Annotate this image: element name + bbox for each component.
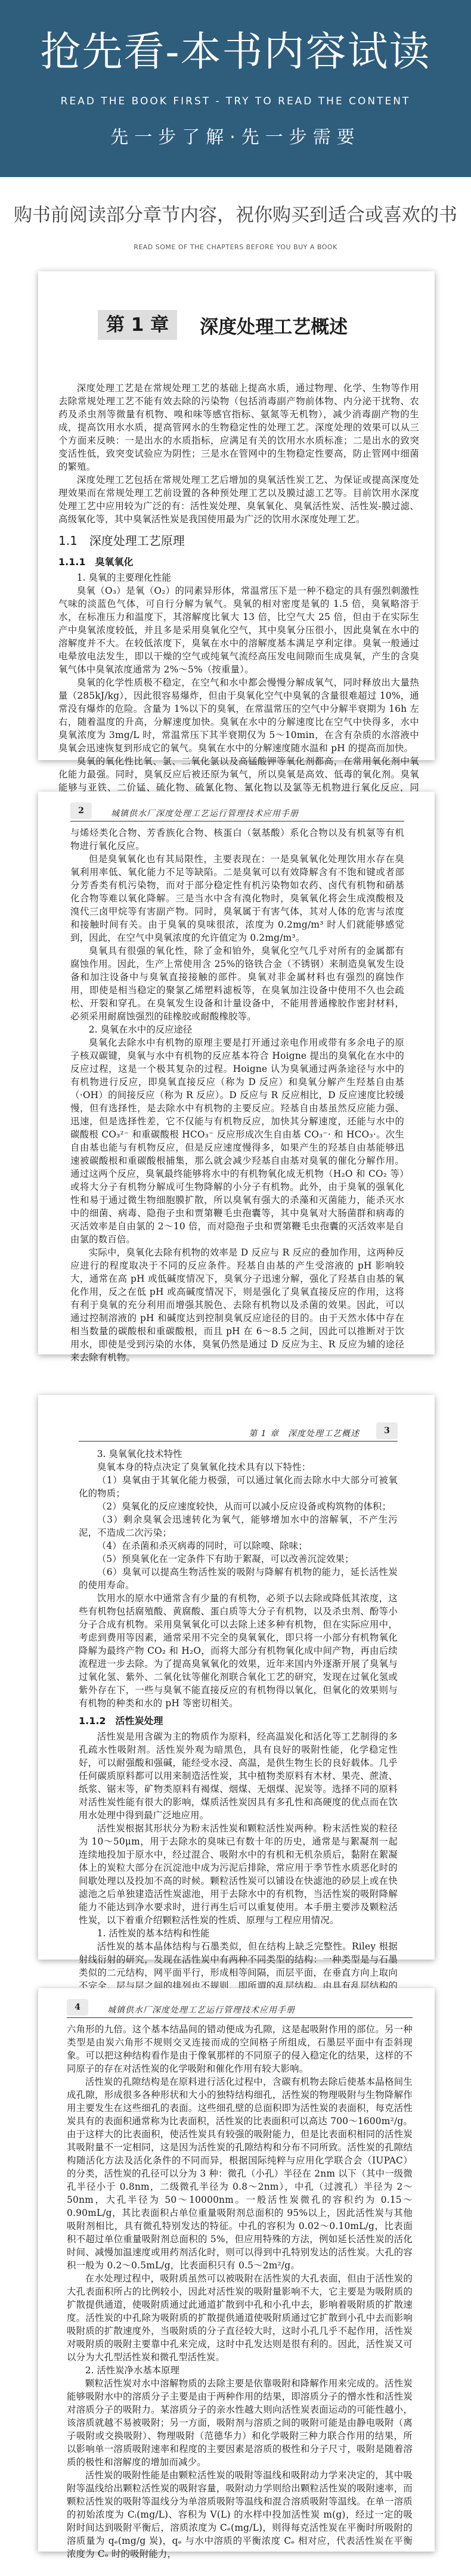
page-1-body: 深度处理工艺是在常规处理工艺的基础上提高水质，通过物理、化学、生物等作用去除常规… <box>58 382 419 807</box>
item-heading: 1. 臭氧的主要理化性能 <box>58 571 419 584</box>
list-item: （4）在杀菌和杀灭病毒的同时，可以除嗅、除味； <box>79 1539 398 1552</box>
banner-subtitle-en: READ THE BOOK FIRST - TRY TO READ THE CO… <box>0 95 471 107</box>
page-number: 3 <box>376 1422 398 1439</box>
running-header: 4 城镇供水厂深度处理工艺运行管理技术应用手册 <box>67 2000 413 2018</box>
banner-tagline: 先一步了解·先一步需要 <box>0 122 471 148</box>
chapter-heading: 第 1 章 深度处理工艺概述 <box>98 310 348 340</box>
paragraph: 臭氧（O₃）是氧（O₂）的同素异形体，常温常压下是一种不稳定的具有强烈刺激性气味… <box>58 584 419 676</box>
list-item: （2）臭氧化的反应速度较快，从而可以减小反应设备或构筑物的体积； <box>79 1500 398 1513</box>
item-heading: 2. 臭氧在水中的反应途径 <box>70 1023 404 1036</box>
page-number: 2 <box>70 802 92 819</box>
running-header: 2 城镇供水厂深度处理工艺运行管理技术应用手册 <box>70 804 404 822</box>
paragraph: 但是臭氧氧化也有其局限性，主要表现在：一是臭氧氧化处理饮用水存在臭氧利用率低、氧… <box>70 853 404 944</box>
chapter-number: 第 1 章 <box>98 310 177 340</box>
section-heading: 1.1 深度处理工艺原理 <box>58 532 419 550</box>
paragraph: 臭氧化去除水中有机物的原理主要是打开通过亲电作用或带有多余电子的原子核双碳键，臭… <box>70 1036 404 1246</box>
book-page-1: 第 1 章 深度处理工艺概述 深度处理工艺是在常规处理工艺的基础上提高水质，通过… <box>38 271 435 760</box>
chapter-title: 深度处理工艺概述 <box>200 312 348 339</box>
page-4-body: 六角形的九倍。这个基本结晶间的错动便成为孔隙，这是起吸附作用的部位。另一种类型是… <box>67 2023 413 2560</box>
running-header: 第 1 章 深度处理工艺概述 3 <box>79 1424 398 1442</box>
book-page-3: 第 1 章 深度处理工艺概述 3 3. 臭氧氧化技术特性 臭氧本身的特点决定了臭… <box>38 1395 435 1960</box>
paragraph: 六角形的九倍。这个基本结晶间的错动便成为孔隙，这是起吸附作用的部位。另一种类型是… <box>67 2023 413 2075</box>
paragraph: 深度处理工艺包括在常规处理工艺后增加的臭氧活性炭工艺、为保证或提高深度处理效果而… <box>58 473 419 526</box>
paragraph: 深度处理工艺是在常规处理工艺的基础上提高水质，通过物理、化学、生物等作用去除常规… <box>58 382 419 473</box>
paragraph: 活性炭的孔隙结构是在原料进行活化过程中，含碳有机物去除后使基本晶格间生成孔隙，形… <box>67 2075 413 2272</box>
paragraph: 颗粒活性炭对水中溶解物质的去除主要是依靠吸附和降解作用来完成的。活性炭能够吸附水… <box>67 2377 413 2469</box>
page-3-body: 3. 臭氧氧化技术特性 臭氧本身的特点决定了臭氧氧化技术具有以下特性： （1）臭… <box>79 1447 398 2019</box>
paragraph: 臭氧具有很强的氧化性，除了金和铂外，臭氧化空气几乎对所有的金属都有腐蚀作用。因此… <box>70 944 404 1023</box>
paragraph: 饮用水的原水中通常含有少量的有机物，必须予以去除或降低其浓度，这些有机物包括腐殖… <box>79 1592 398 1710</box>
paragraph: 臭氧本身的特点决定了臭氧氧化技术具有以下特性： <box>79 1461 398 1474</box>
promo-banner: 抢先看-本书内容试读 READ THE BOOK FIRST - TRY TO … <box>0 0 471 177</box>
list-item: （1）臭氧由于其氧化能力极强，可以通过氧化而去除水中大部分可被氧化的物质； <box>79 1474 398 1500</box>
paragraph: 臭氧的化学性质极不稳定，在空气和水中都会慢慢分解成氧气，同时释放出大量热量（28… <box>58 676 419 755</box>
page-number: 4 <box>67 1999 88 2016</box>
paragraph: 与烯烃类化合物、芳香族化合物、核蛋白（氨基酸）系化合物以及有机氨等有机物进行氧化… <box>70 826 404 853</box>
list-item: （5）预臭氧化在一定条件下有助于絮凝，可以改善沉淀效果； <box>79 1552 398 1566</box>
banner-title: 抢先看-本书内容试读 <box>0 29 471 76</box>
book-page-2: 2 城镇供水厂深度处理工艺运行管理技术应用手册 与烯烃类化合物、芳香族化合物、核… <box>38 792 435 1354</box>
chapter-running-title: 第 1 章 深度处理工艺概述 <box>249 1427 360 1439</box>
paragraph: 活性炭根据其形状分为粉末活性炭和颗粒活性炭两种。粉末活性炭的粒径为 10～50μ… <box>79 1822 398 1927</box>
item-heading: 2. 活性炭净水基本原理 <box>67 2364 413 2377</box>
item-heading: 1. 活性炭的基本结构和性能 <box>79 1927 398 1940</box>
book-title: 城镇供水厂深度处理工艺运行管理技术应用手册 <box>107 2004 295 2016</box>
paragraph: 在水处理过程中，吸附质虽然可以被吸附在活性炭的大孔表面，但由于活性炭的大孔表面积… <box>67 2272 413 2364</box>
list-item: （6）臭氧可以提高生物活性炭的吸附与降解有机物的能力，延长活性炭的使用寿命。 <box>79 1566 398 1592</box>
page-2-body: 与烯烃类化合物、芳香族化合物、核蛋白（氨基酸）系化合物以及有机氨等有机物进行氧化… <box>70 826 404 1364</box>
paragraph: 实际中，臭氧化去除有机物的效率是 D 反应与 R 反应的叠加作用，这两种反应进行… <box>70 1246 404 1364</box>
intro-text-en: READ SOME OF THE CHAPTERS BEFORE YOU BUY… <box>0 243 471 251</box>
paragraph: 活性炭是用含碳为主的物质作为原料，经高温炭化和活化等工艺制得的多孔疏水性吸附剂。… <box>79 1730 398 1822</box>
intro-text: 购书前阅读部分章节内容，祝你购买到适合或喜欢的书 <box>0 200 471 227</box>
paragraph: 活性炭的吸附性能是由颗粒活性炭的吸附等温线和吸附动力学来决定的，其中吸附等温线给… <box>67 2469 413 2560</box>
book-title: 城镇供水厂深度处理工艺运行管理技术应用手册 <box>111 807 299 819</box>
subsection-heading: 1.1.2 活性炭处理 <box>79 1713 398 1729</box>
item-heading: 3. 臭氧氧化技术特性 <box>79 1447 398 1461</box>
book-page-4: 4 城镇供水厂深度处理工艺运行管理技术应用手册 六角形的九倍。这个基本结晶间的错… <box>38 1988 435 2552</box>
subsection-heading: 1.1.1 臭氧氧化 <box>58 554 419 570</box>
list-item: （3）剩余臭氧会迅速转化为氧气，能够增加水中的溶解氧，不产生污泥，不造成二次污染… <box>79 1513 398 1539</box>
